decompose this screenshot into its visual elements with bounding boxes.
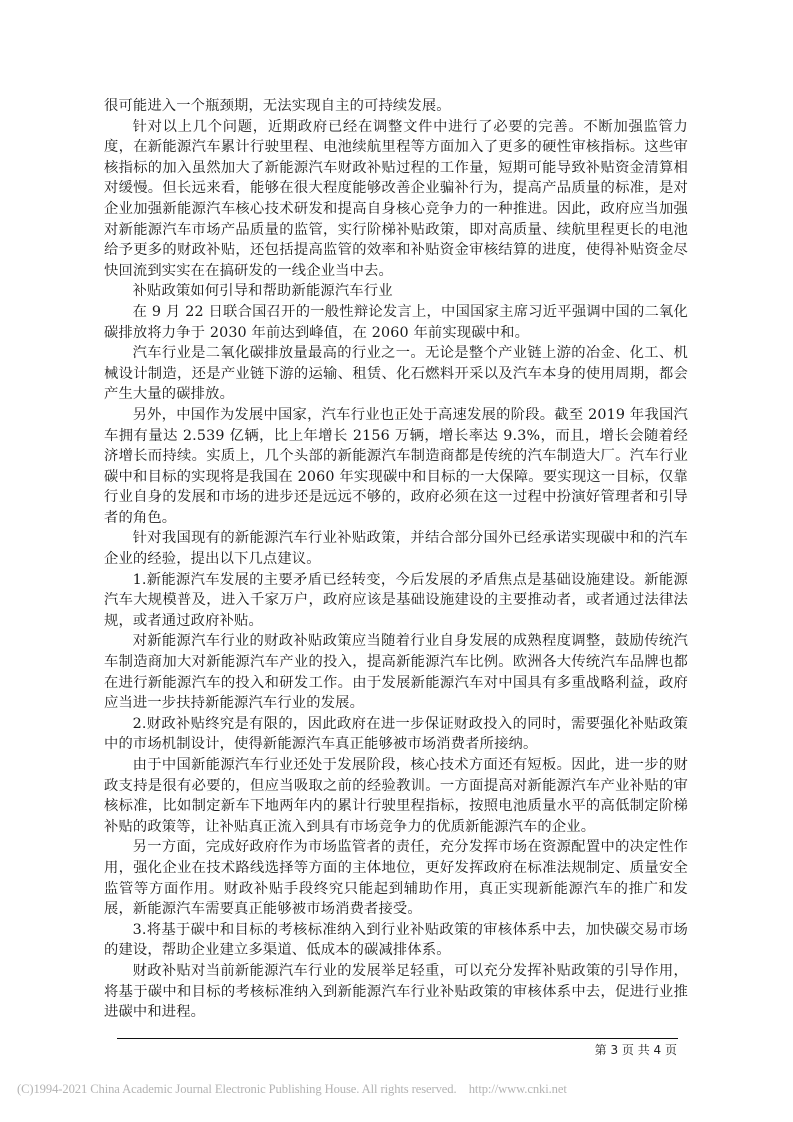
paragraph: 很可能进入一个瓶颈期，无法实现自主的可持续发展。 <box>104 96 688 117</box>
paragraph: 由于中国新能源汽车行业还处于发展阶段，核心技术方面还有短板。因此，进一步的财政支… <box>104 755 688 837</box>
paragraph: 另外，中国作为发展中国家，汽车行业也正处于高速发展的阶段。截至 2019 年我国… <box>104 405 688 529</box>
recommendation-1: 1.新能源汽车发展的主要矛盾已经转变，今后发展的矛盾焦点是基础设施建设。新能源汽… <box>104 570 688 632</box>
paragraph: 针对以上几个问题，近期政府已经在调整文件中进行了必要的完善。不断加强监管力度，在… <box>104 117 688 282</box>
paragraph: 在 9 月 22 日联合国召开的一般性辩论发言上，中国国家主席习近平强调中国的二… <box>104 302 688 343</box>
page-number: 第 3 页 共 4 页 <box>595 1041 677 1058</box>
copyright-watermark: (C)1994-2021 China Academic Journal Elec… <box>17 1082 567 1097</box>
section-heading: 补贴政策如何引导和帮助新能源汽车行业 <box>104 281 688 302</box>
footer-divider <box>117 1038 678 1039</box>
paragraph: 对新能源汽车行业的财政补贴政策应当随着行业自身发展的成熟程度调整，鼓励传统汽车制… <box>104 631 688 713</box>
recommendation-2: 2.财政补贴终究是有限的，因此政府在进一步保证财政投入的同时，需要强化补贴政策中… <box>104 714 688 755</box>
paragraph: 另一方面，完成好政府作为市场监管者的责任，充分发挥市场在资源配置中的决定性作用，… <box>104 837 688 919</box>
document-body: 很可能进入一个瓶颈期，无法实现自主的可持续发展。 针对以上几个问题，近期政府已经… <box>104 96 688 1023</box>
paragraph: 针对我国现有的新能源汽车行业补贴政策，并结合部分国外已经承诺实现碳中和的汽车企业… <box>104 528 688 569</box>
paragraph: 财政补贴对当前新能源汽车行业的发展举足轻重，可以充分发挥补贴政策的引导作用，将基… <box>104 961 688 1023</box>
paragraph: 汽车行业是二氧化碳排放量最高的行业之一。无论是整个产业链上游的冶金、化工、机械设… <box>104 343 688 405</box>
recommendation-3: 3.将基于碳中和目标的考核标准纳入到行业补贴政策的审核体系中去，加快碳交易市场的… <box>104 920 688 961</box>
